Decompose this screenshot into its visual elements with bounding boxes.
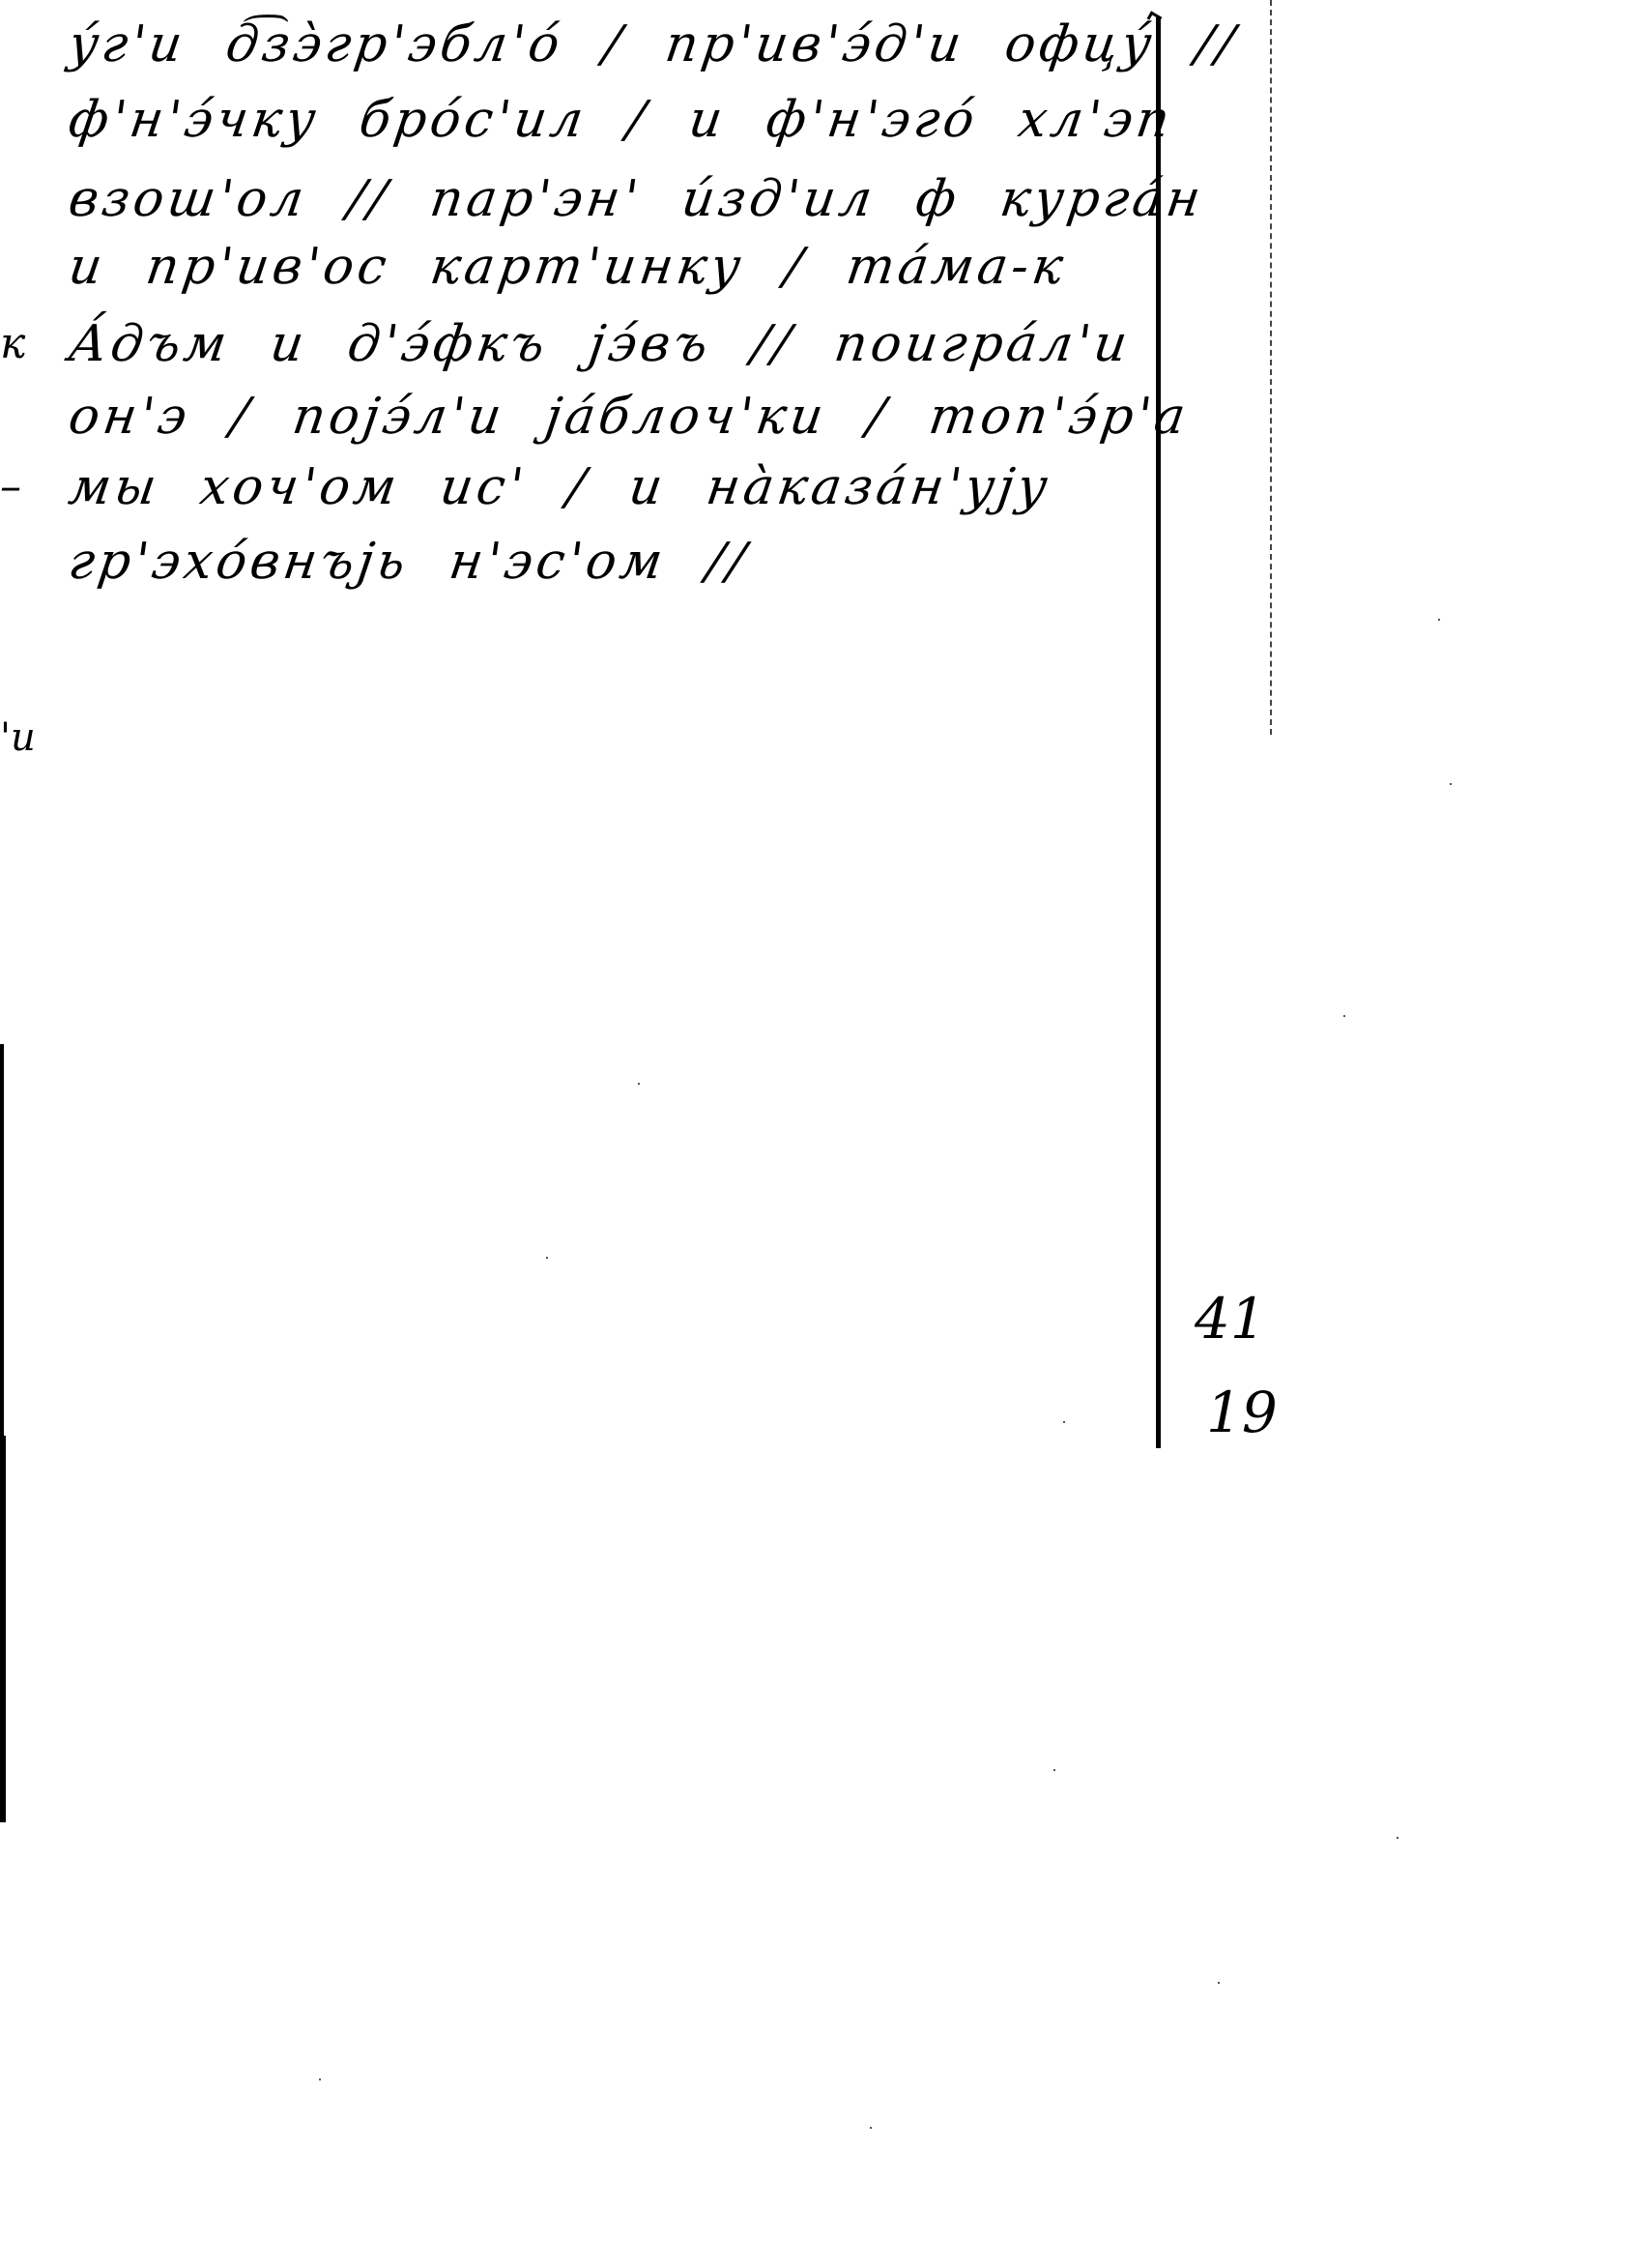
text-line-5: А́дъм и д'э́фкъ jэ́въ // поигра́л'и xyxy=(66,319,1134,369)
scan-speck xyxy=(1450,783,1452,785)
scan-speck xyxy=(1438,619,1440,621)
text-line-6: он'э / поjэ́л'и jа́блоч'ки / топ'э́р'а xyxy=(66,392,1192,442)
text-line-7: мы хоч'ом ис' / и на̀каза́н'уjу xyxy=(66,462,1054,512)
scan-speck xyxy=(1343,1015,1345,1017)
text-line-2: ф'н'э́чку бро́с'ил / и ф'н'эго́ хл'эп xyxy=(66,95,1176,145)
margin-fragment-line-7: – xyxy=(0,462,21,511)
scan-speck xyxy=(319,2079,321,2080)
text-line-1: у́г'и д͡зэ̀гр'эбл'о́ / пр'ив'э́д'и офцу́… xyxy=(66,19,1241,70)
folio-number-top: 41 xyxy=(1195,1291,1266,1347)
scan-speck xyxy=(638,1083,640,1085)
margin-fragment-lower: 'и xyxy=(0,715,36,760)
scan-speck xyxy=(1063,1421,1065,1423)
text-line-8: гр'эхо́внъjь н'эс'ом // xyxy=(66,537,752,587)
scan-speck xyxy=(546,1257,548,1259)
left-edge-bar-thick xyxy=(0,1436,6,1822)
scan-speck xyxy=(1053,1769,1055,1771)
dotted-margin-line xyxy=(1270,0,1272,735)
scan-speck xyxy=(870,2127,872,2129)
scan-speck xyxy=(1397,1837,1398,1839)
text-line-3: взош'ол // пар'эн' и́зд'ил ф курга́н xyxy=(66,174,1207,224)
margin-fragment-line-5: ́к xyxy=(0,319,25,368)
folio-number-bottom: 19 xyxy=(1206,1384,1278,1440)
text-line-4: и пр'ив'ос карт'инку / та́ма-к xyxy=(66,242,1070,292)
right-margin-rule xyxy=(1156,17,1161,1448)
scan-speck xyxy=(1218,1982,1220,1984)
scanned-page: у́г'и д͡зэ̀гр'эбл'о́ / пр'ив'э́д'и офцу́… xyxy=(0,0,1643,2268)
